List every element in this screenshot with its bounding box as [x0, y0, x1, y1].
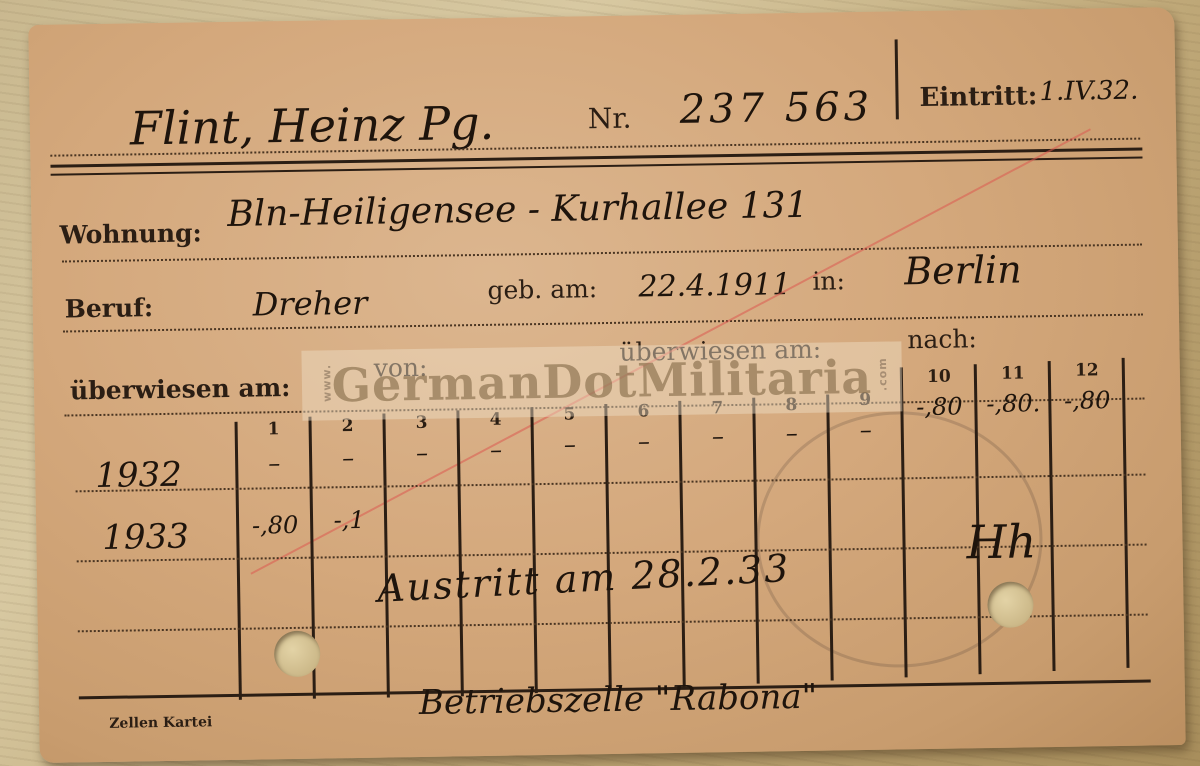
dues-cell: – — [313, 444, 383, 473]
dues-cell: -,1 — [314, 506, 384, 535]
dues-cell: – — [239, 449, 309, 478]
header-divider — [895, 39, 899, 119]
dues-cell: -,80 — [240, 511, 310, 540]
beruf-dotted-line — [63, 314, 1143, 333]
dues-cell: – — [535, 430, 605, 459]
beruf-label: Beruf: — [65, 293, 154, 323]
header-rule-thin — [51, 157, 1143, 176]
cell-name: Betriebszelle "Rabona" — [419, 677, 818, 723]
form-label: Zellen Kartei — [109, 714, 212, 732]
month-header: 11 — [978, 363, 1048, 384]
grid-line — [1122, 358, 1130, 668]
dues-cell: – — [683, 422, 753, 451]
dues-cell: -,80. — [978, 389, 1048, 418]
dues-cell: – — [609, 427, 679, 456]
nach-label: nach: — [907, 324, 977, 354]
dues-cell: – — [387, 438, 457, 467]
in-value: Berlin — [904, 247, 1022, 293]
watermark-banner: www. GermanDotMilitaria .com — [301, 341, 902, 420]
year-label-1933: 1933 — [102, 517, 189, 558]
dues-cell: – — [461, 435, 531, 464]
dues-cell: -,80 — [904, 392, 974, 421]
beruf-value: Dreher — [252, 284, 367, 324]
dues-cell: – — [757, 419, 827, 448]
initials-signature: Hh — [966, 514, 1037, 569]
geb-label: geb. am: — [487, 274, 597, 305]
dues-cell: -,80 — [1052, 386, 1122, 415]
month-header: 10 — [904, 366, 974, 387]
punch-hole-right — [987, 581, 1034, 628]
month-header: 12 — [1052, 360, 1122, 381]
eintritt-label: Eintritt: — [919, 81, 1037, 113]
wohnung-label: Wohnung: — [59, 218, 202, 249]
nr-label: Nr. — [588, 102, 632, 136]
membership-card: Flint, Heinz Pg. Nr. 237 563 Eintritt: 1… — [28, 7, 1185, 763]
watermark-prefix: www. — [320, 364, 334, 402]
month-header: 1 — [239, 419, 309, 440]
watermark-text: GermanDotMilitaria — [331, 350, 872, 412]
wohnung-value: Bln-Heiligensee - Kurhallee 131 — [227, 185, 809, 235]
eintritt-date: 1.IV.32. — [1039, 76, 1138, 108]
dues-cell: – — [831, 415, 901, 444]
in-label: in: — [812, 266, 845, 296]
watermark-suffix: .com — [876, 357, 890, 391]
ueberwiesen-am-label: überwiesen am: — [70, 373, 291, 405]
member-number: 237 563 — [679, 84, 873, 133]
member-name: Flint, Heinz Pg. — [129, 96, 494, 156]
